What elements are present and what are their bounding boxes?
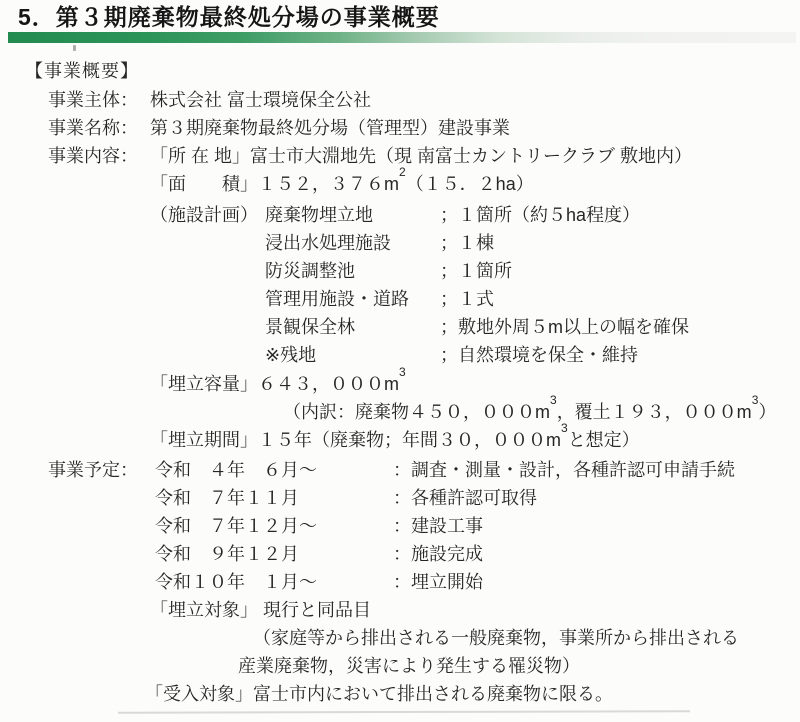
area-text: 「面 積」１５２，３７６m bbox=[150, 174, 399, 194]
target-detail-line-2: 産業廃棄物，災害により発生する罹災物） bbox=[238, 653, 580, 679]
facility-item-management-roads: 管理用施設・道路；１式 bbox=[265, 286, 494, 312]
document-page: 5．第３期廃棄物最終処分場の事業概要 【事業概要】 事業主体：株式会社 富士環境… bbox=[0, 0, 800, 722]
breakdown-text: ，覆土１９３，０００m bbox=[557, 402, 752, 422]
capacity-text: 「埋立容量」６４３，０００m bbox=[150, 374, 399, 394]
schedule-item-landfill-start: 令和１０年 １月～：埋立開始 bbox=[155, 569, 483, 595]
facility-item-value: １棟 bbox=[458, 233, 494, 253]
facility-item-value: １箇所（約５ha程度） bbox=[458, 205, 640, 225]
field-value: 株式会社 富士環境保全公社 bbox=[150, 90, 371, 110]
field-row-project-description: 事業内容：「所 在 地」富士市大淵地先（現 南富士カントリークラブ 敷地内） bbox=[48, 143, 692, 169]
facility-item-disaster-basin: 防災調整池；１箇所 bbox=[265, 258, 512, 284]
landfill-target-line: 「埋立対象」 現行と同品目 bbox=[150, 597, 371, 623]
breakdown-superscript: 3 bbox=[752, 393, 759, 407]
breakdown-text: （内訳：廃棄物４５０，０００m bbox=[283, 402, 550, 422]
facility-item-leachate-treatment: 浸出水処理施設；１棟 bbox=[265, 230, 494, 256]
capacity-superscript: 3 bbox=[399, 365, 406, 379]
facility-item-value: 敷地外周５m以上の幅を確保 bbox=[458, 317, 689, 337]
facility-item-separator: ； bbox=[440, 205, 458, 225]
field-label: 事業名称： bbox=[48, 115, 150, 141]
facility-item-separator: ； bbox=[440, 289, 458, 309]
schedule-item-permits: 令和 ７年１１月：各種許認可取得 bbox=[155, 485, 537, 511]
facility-item-separator: ； bbox=[440, 233, 458, 253]
schedule-item-activity: 建設工事 bbox=[411, 516, 483, 536]
schedule-item-construction: 令和 ７年１２月～：建設工事 bbox=[155, 513, 483, 539]
facility-item-landfill-site: 廃棄物埋立地；１箇所（約５ha程度） bbox=[265, 202, 640, 228]
schedule-item-survey: 令和 ４年 ６月～：調査・測量・設計，各種許認可申請手続 bbox=[155, 457, 735, 483]
breakdown-text: ） bbox=[758, 402, 776, 422]
schedule-item-separator: ： bbox=[393, 544, 411, 564]
facility-plan-label: （施設計画） bbox=[150, 202, 258, 228]
facility-item-value: １箇所 bbox=[458, 261, 512, 281]
period-text: と想定） bbox=[568, 430, 640, 450]
field-value: 「所 在 地」富士市大淵地先（現 南富士カントリークラブ 敷地内） bbox=[150, 146, 692, 166]
facility-item-landscape-forest: 景観保全林；敷地外周５m以上の幅を確保 bbox=[265, 314, 689, 340]
period-superscript: 3 bbox=[561, 421, 568, 435]
facility-item-separator: ； bbox=[440, 261, 458, 281]
capacity-breakdown-line: （内訳：廃棄物４５０，０００m3，覆土１９３，０００m3） bbox=[283, 399, 776, 425]
schedule-item-separator: ： bbox=[393, 488, 411, 508]
schedule-item-activity: 調査・測量・設計，各種許認可申請手続 bbox=[411, 460, 735, 480]
area-line: 「面 積」１５２，３７６m2（１５．２ha） bbox=[150, 171, 534, 197]
scan-speck bbox=[73, 45, 76, 51]
facility-item-remaining-land: ※残地；自然環境を保全・維持 bbox=[265, 342, 638, 368]
breakdown-superscript: 3 bbox=[550, 393, 557, 407]
field-label: 事業主体： bbox=[48, 87, 150, 113]
schedule-item-activity: 埋立開始 bbox=[411, 572, 483, 592]
facility-item-separator: ； bbox=[440, 345, 458, 365]
facility-item-name: 防災調整池 bbox=[265, 258, 440, 284]
schedule-item-activity: 各種許認可取得 bbox=[411, 488, 537, 508]
schedule-item-activity: 施設完成 bbox=[411, 544, 483, 564]
period-text: 「埋立期間」１５年（廃棄物；年間３０，０００m bbox=[150, 430, 561, 450]
schedule-item-date: 令和 ４年 ６月～ bbox=[155, 457, 393, 483]
scan-artifact-line bbox=[118, 710, 690, 713]
title-underline-gradient-bar bbox=[8, 32, 796, 43]
acceptance-target-line: 「受入対象」富士市内において排出される廃棄物に限る。 bbox=[145, 681, 613, 707]
schedule-label: 事業予定： bbox=[48, 457, 138, 483]
facility-item-name: 廃棄物埋立地 bbox=[265, 202, 440, 228]
facility-item-value: １式 bbox=[458, 289, 494, 309]
schedule-item-completion: 令和 ９年１２月：施設完成 bbox=[155, 541, 483, 567]
schedule-item-separator: ： bbox=[393, 460, 411, 480]
schedule-item-date: 令和１０年 １月～ bbox=[155, 569, 393, 595]
area-superscript: 2 bbox=[399, 165, 406, 179]
field-label: 事業内容： bbox=[48, 143, 150, 169]
facility-item-name: 景観保全林 bbox=[265, 314, 440, 340]
field-row-business-entity: 事業主体：株式会社 富士環境保全公社 bbox=[48, 87, 371, 113]
target-detail-line-1: （家庭等から排出される一般廃棄物，事業所から排出される bbox=[253, 625, 739, 651]
period-line: 「埋立期間」１５年（廃棄物；年間３０，０００m3と想定） bbox=[150, 427, 640, 453]
schedule-item-date: 令和 ７年１１月 bbox=[155, 485, 393, 511]
facility-item-name: ※残地 bbox=[265, 342, 440, 368]
schedule-item-separator: ： bbox=[393, 572, 411, 592]
schedule-item-separator: ： bbox=[393, 516, 411, 536]
capacity-line: 「埋立容量」６４３，０００m3 bbox=[150, 371, 406, 397]
schedule-item-date: 令和 ７年１２月～ bbox=[155, 513, 393, 539]
area-hectares: （１５．２ha） bbox=[406, 174, 534, 194]
schedule-item-date: 令和 ９年１２月 bbox=[155, 541, 393, 567]
facility-item-name: 管理用施設・道路 bbox=[265, 286, 440, 312]
facility-item-value: 自然環境を保全・維持 bbox=[458, 345, 638, 365]
facility-item-separator: ； bbox=[440, 317, 458, 337]
field-row-project-name: 事業名称：第３期廃棄物最終処分場（管理型）建設事業 bbox=[48, 115, 510, 141]
section-heading: 【事業概要】 bbox=[25, 58, 139, 84]
facility-item-name: 浸出水処理施設 bbox=[265, 230, 440, 256]
page-title: 5．第３期廃棄物最終処分場の事業概要 bbox=[18, 4, 440, 30]
field-value: 第３期廃棄物最終処分場（管理型）建設事業 bbox=[150, 118, 510, 138]
